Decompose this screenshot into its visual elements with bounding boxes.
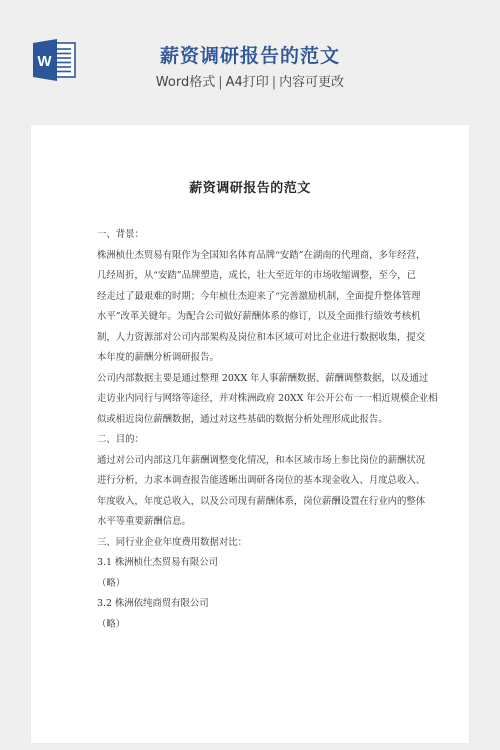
separator: |	[272, 75, 276, 90]
separator: |	[218, 75, 222, 90]
paragraph-line: 年度收入，年度总收入，以及公司现有薪酬体系，岗位薪酬设置在行业内的整体	[97, 492, 415, 513]
paragraph-line: 本年度的薪酬分析调研报告。	[97, 348, 415, 369]
section-heading-background: 一、背景：	[97, 225, 415, 246]
paragraph-line: 几经周折，从“安踏”品牌塑造，成长，壮大至近年的市场收缩调整，至今，已	[97, 266, 415, 287]
paragraph-line: 公司内部数据主要是通过整理 20XX 年人事薪酬数据、薪酬调整数据，以及通过	[97, 369, 415, 390]
paragraph-line: 进行分析，力求本调查报告能透晰出调研各岗位的基本现金收入、月度总收入、	[97, 471, 415, 492]
paragraph-line: 株洲桢仕杰贸易有限作为全国知名体育品牌“安踏”在湖南的代理商，多年经营，	[97, 246, 415, 267]
document-page: 薪资调研报告的范文 一、背景： 株洲桢仕杰贸易有限作为全国知名体育品牌“安踏”在…	[31, 125, 469, 743]
paragraph-line: 制，人力资源部对公司内部架构及岗位和本区域可对比企业进行数据收集，提交	[97, 328, 415, 349]
paragraph-line: 经走过了最艰难的时期；今年桢仕杰迎来了“完善激励机制，全面提升整体管理	[97, 287, 415, 308]
header-subtitle: Word格式|A4打印|内容可更改	[0, 74, 500, 92]
document-title: 薪资调研报告的范文	[31, 177, 469, 196]
paragraph-line: 水平等重要薪酬信息。	[97, 512, 415, 533]
document-body: 一、背景： 株洲桢仕杰贸易有限作为全国知名体育品牌“安踏”在湖南的代理商，多年经…	[97, 225, 415, 635]
subtitle-format: Word格式	[156, 75, 215, 90]
header-banner: W 薪资调研报告的范文 Word格式|A4打印|内容可更改	[0, 0, 500, 124]
subsection-company-1: 3.1 株洲桢仕杰贸易有限公司	[97, 553, 415, 574]
subtitle-print: A4打印	[226, 75, 269, 90]
paragraph-line: 水平”改革关键年。为配合公司做好薪酬体系的修订，以及全面推行绩效考核机	[97, 307, 415, 328]
omitted-note: （略）	[97, 574, 415, 595]
subsection-company-2: 3.2 株洲依纯商贸有限公司	[97, 594, 415, 615]
paragraph-line: 似或相近岗位薪酬数据，通过对这些基础的数据分析处理形成此报告。	[97, 410, 415, 431]
paragraph-line: 通过对公司内部这几年薪酬调整变化情况，和本区域市场上参比岗位的薪酬状况	[97, 451, 415, 472]
omitted-note: （略）	[97, 615, 415, 636]
header-title: 薪资调研报告的范文	[0, 44, 500, 68]
section-heading-comparison: 三、同行业企业年度费用数据对比：	[97, 533, 415, 554]
subtitle-editable: 内容可更改	[279, 75, 344, 90]
paragraph-line: 走访业内同行与网络等途径，并对株洲政府 20XX 年公开公布一一相近规模企业相	[97, 389, 415, 410]
section-heading-purpose: 二、目的：	[97, 430, 415, 451]
